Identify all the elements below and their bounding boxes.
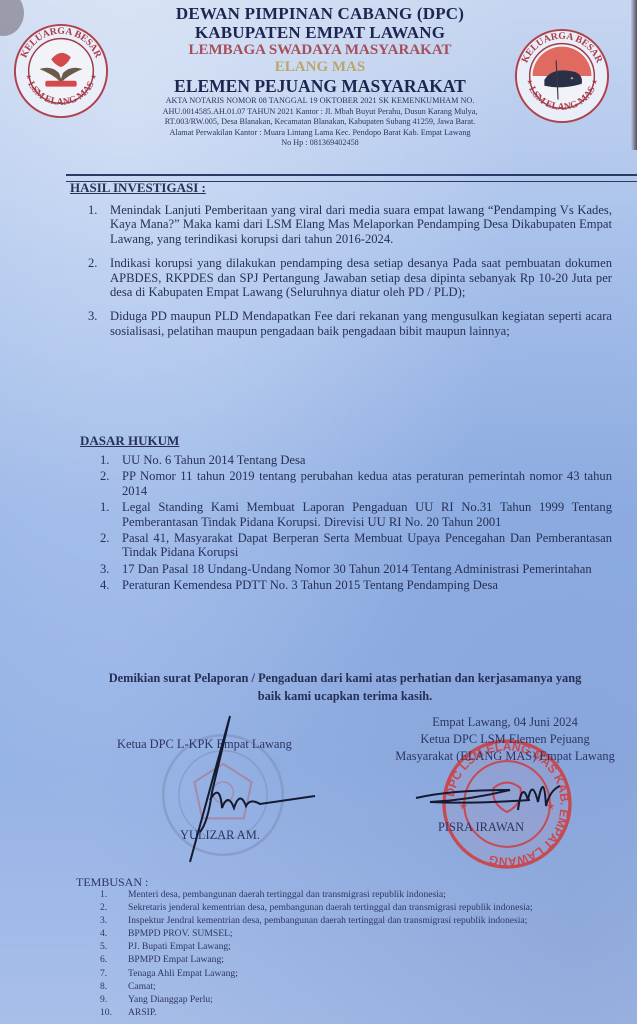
signature-right-icon — [410, 760, 600, 840]
list-item: 9.Yang Dianggap Perlu; — [128, 993, 628, 1006]
signature-left-icon — [150, 712, 320, 872]
legal-line-4: Alamat Perwakilan Kantor : Muara Lintang… — [120, 128, 520, 139]
dasar-hukum-list: 1.UU No. 6 Tahun 2014 Tentang Desa 2.PP … — [122, 453, 612, 595]
section-title-dasar-hukum: DASAR HUKUM — [80, 433, 179, 449]
list-item: 1.UU No. 6 Tahun 2014 Tentang Desa — [122, 453, 612, 467]
lsm-elang-mas-logo-right: KELUARGA BESAR LSM ELANG MAS ✦ ★ ★ — [513, 27, 611, 125]
list-item: 3.Diduga PD maupun PLD Mendapatkan Fee d… — [110, 309, 612, 338]
list-item: 10.ARSIP. — [128, 1006, 628, 1019]
list-item: 4.BPMPD PROV. SUMSEL; — [128, 927, 628, 940]
paper-edge — [631, 0, 637, 150]
tembusan-list: 1.Menteri desa, pembangunan daerah terti… — [128, 888, 628, 1019]
lsm-elang-mas-logo-left: KELUARGA BESAR LSM ELANG MAS ★ ★ — [12, 22, 110, 120]
org-line-5: ELEMEN PEJUANG MASYARAKAT — [120, 76, 520, 96]
list-item: 6.BPMPD Empat Lawang; — [128, 953, 628, 966]
legal-line-2: AHU.0014585.AH.01.07 TAHUN 2021 Kantor :… — [120, 107, 520, 118]
list-item: 2.Sekretaris jenderal kementrian desa, p… — [128, 901, 628, 914]
list-item: 2.Indikasi korupsi yang dilakukan pendam… — [110, 256, 612, 299]
list-item: 5.PJ. Bupati Empat Lawang; — [128, 940, 628, 953]
place-date: Empat Lawang, 04 Juni 2024 — [360, 714, 637, 731]
org-line-1: DEWAN PIMPINAN CABANG (DPC) — [120, 4, 520, 23]
list-item: 3.Inspektur Jendral kementrian desa, pem… — [128, 914, 628, 927]
list-item: 1.Menteri desa, pembangunan daerah terti… — [128, 888, 628, 901]
list-item: 7.Tenaga Ahli Empat Lawang; — [128, 967, 628, 980]
signatory-right-block: Empat Lawang, 04 Juni 2024 Ketua DPC LSM… — [360, 714, 637, 765]
svg-text:★: ★ — [591, 78, 597, 86]
list-item: 1.Menindak Lanjuti Pemberitaan yang vira… — [110, 203, 612, 246]
org-line-3: LEMBAGA SWADAYA MASYARAKAT — [120, 42, 520, 59]
list-item: 2.Pasal 41, Masyarakat Dapat Berperan Se… — [122, 531, 612, 560]
list-item: 8.Camat; — [128, 980, 628, 993]
legal-line-3: RT.003/RW.005, Desa Blanakan, Kecamatan … — [120, 117, 520, 128]
list-item: 4.Peraturan Kemendesa PDTT No. 3 Tahun 2… — [122, 578, 612, 592]
org-line-2: KABUPATEN EMPAT LAWANG — [120, 23, 520, 42]
letterhead: DEWAN PIMPINAN CABANG (DPC) KABUPATEN EM… — [120, 4, 520, 149]
list-item: 1.Legal Standing Kami Membuat Laporan Pe… — [122, 500, 612, 529]
phone-number: No Hp : 081369402458 — [120, 138, 520, 149]
svg-text:★: ★ — [527, 78, 533, 86]
signatory-right-title-1: Ketua DPC LSM Elemen Pejuang — [360, 731, 637, 748]
svg-text:★: ★ — [90, 73, 96, 81]
closing-statement: Demikian surat Pelaporan / Pengaduan dar… — [60, 669, 630, 705]
investigasi-list: 1.Menindak Lanjuti Pemberitaan yang vira… — [110, 203, 612, 348]
org-line-4: ELANG MAS — [120, 59, 520, 76]
svg-text:★: ★ — [26, 73, 32, 81]
section-title-investigasi: HASIL INVESTIGASI : — [70, 180, 206, 196]
list-item: 2.PP Nomor 11 tahun 2019 tentang perubah… — [122, 469, 612, 498]
svg-text:✦: ✦ — [570, 76, 574, 82]
list-item: 3.17 Dan Pasal 18 Undang-Undang Nomor 30… — [122, 562, 612, 576]
legal-line-1: AKTA NOTARIS NOMOR 08 TANGGAL 19 OKTOBER… — [120, 96, 520, 107]
